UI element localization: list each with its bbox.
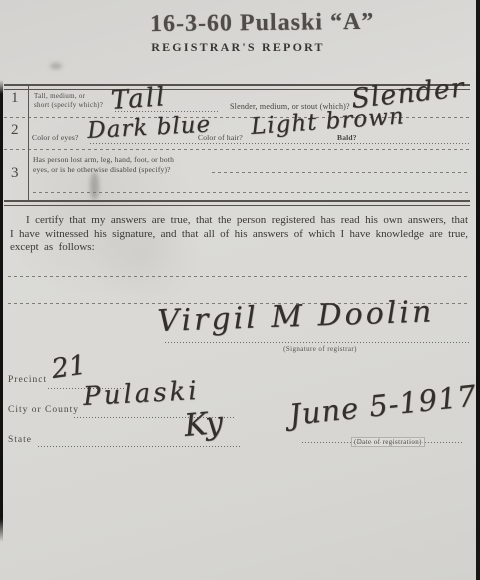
question-eyes: Color of eyes? bbox=[32, 133, 79, 142]
table-bottom-rule bbox=[4, 200, 470, 206]
scan-edge-right bbox=[476, 0, 480, 580]
registrar-report-scan: 16-3-60 Pulaski “A” REGISTRAR'S REPORT 1… bbox=[0, 0, 480, 580]
question-hair: Color of hair? bbox=[198, 133, 243, 142]
row-number: 1 bbox=[11, 90, 19, 107]
date-caption: (Date of registration) bbox=[352, 438, 424, 446]
registrar-signature: Virgil M Doolin bbox=[157, 294, 435, 339]
question-height: Tall, medium, or short (specify which)? bbox=[34, 92, 103, 109]
page-title: REGISTRAR'S REPORT bbox=[118, 40, 358, 55]
handwritten-date: June 5-1917 bbox=[287, 378, 478, 432]
city-or-county-label: City or County bbox=[8, 405, 79, 415]
question-bald: Bald? bbox=[337, 133, 357, 142]
handwritten-state: Ky bbox=[183, 405, 225, 444]
answer-rule bbox=[33, 192, 470, 193]
row-number: 3 bbox=[11, 165, 19, 182]
table-column-rule bbox=[28, 85, 29, 200]
answer-rule bbox=[90, 143, 470, 144]
row-divider bbox=[4, 149, 470, 150]
state-label: State bbox=[8, 435, 32, 445]
handwritten-city-or-county: Pulaski bbox=[82, 376, 200, 412]
precinct-label: Precinct bbox=[8, 375, 47, 385]
certification-text: I certify that my answers are true, that… bbox=[10, 214, 468, 255]
handwritten-precinct: 21 bbox=[50, 350, 88, 385]
scan-edge-left bbox=[0, 80, 3, 542]
handwritten-eye-color: Dark blue bbox=[87, 112, 212, 144]
signature-rule bbox=[165, 342, 470, 343]
ink-smudge bbox=[50, 63, 62, 69]
answer-rule bbox=[212, 172, 470, 173]
ink-smudge bbox=[90, 172, 99, 200]
row-number: 2 bbox=[11, 122, 19, 139]
state-rule bbox=[38, 446, 240, 447]
signature-caption: (Signature of registrar) bbox=[230, 345, 410, 353]
question-disability: Has person lost arm, leg, hand, foot, or… bbox=[33, 155, 174, 174]
blank-rule bbox=[8, 276, 470, 277]
county-stamp: 16-3-60 Pulaski “A” bbox=[150, 9, 375, 38]
